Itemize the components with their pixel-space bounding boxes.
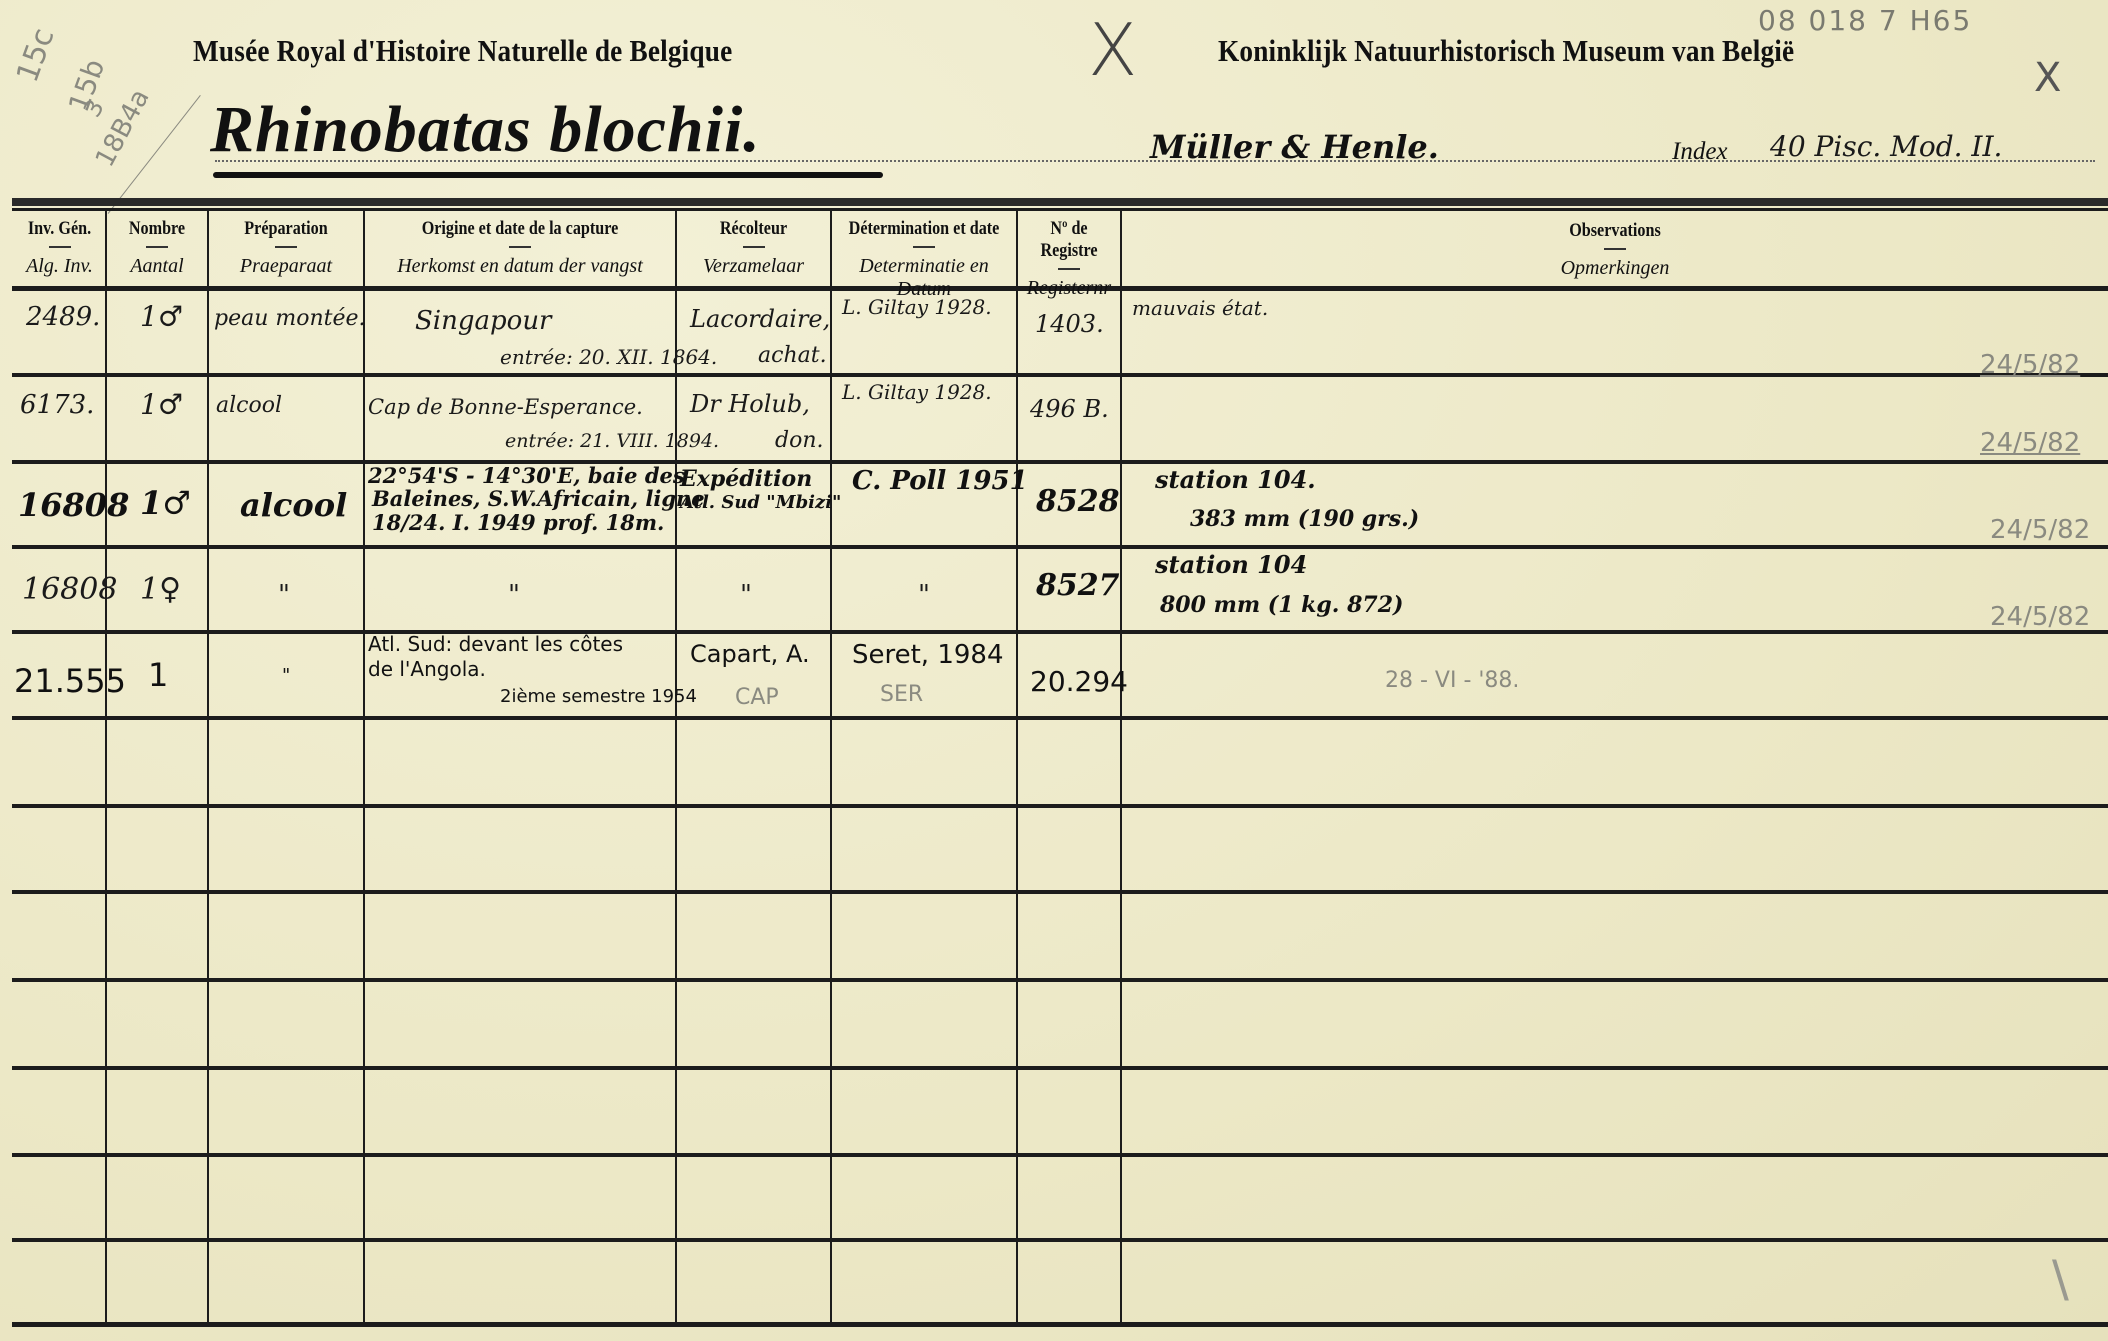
cell-determination: " — [918, 580, 930, 610]
row-line — [12, 1066, 2108, 1070]
cell-nombre: 1♂ — [140, 300, 183, 333]
column-header-origine: Origine et date de la captureHerkomst en… — [365, 218, 675, 278]
cell-recolteur: Lacordaire, — [690, 305, 830, 333]
cell-origine-line2: Baleines, S.W.Africain, ligne — [372, 486, 705, 511]
cell-origine: 22°54'S - 14°30'E, baie des — [368, 463, 685, 488]
cell-recolteur: Capart, A. — [690, 640, 810, 668]
column-header-observations: ObservationsOpmerkingen — [1122, 220, 2108, 280]
cell-recolteur: Dr Holub, — [690, 390, 810, 418]
cell-recolteur-line2: Atl. Sud "Mbizi" — [680, 492, 841, 513]
column-header-registre: Nº de RegistreRegisternr — [1018, 218, 1120, 300]
cell-registre: 8527 — [1036, 568, 1120, 603]
cell-registre: 1403. — [1035, 310, 1104, 338]
cell-observations: station 104. — [1155, 465, 1316, 494]
index-value: 40 Pisc. Mod. II. — [1770, 130, 2002, 163]
cell-nombre: 1♂ — [140, 484, 191, 522]
museum-name-fr: Musée Royal d'Histoire Naturelle de Belg… — [193, 33, 732, 69]
cell-origine-line3: 18/24. I. 1949 prof. 18m. — [372, 510, 664, 535]
cell-preparation: " — [282, 665, 290, 686]
cell-nombre: 1 — [148, 656, 168, 694]
corner-pencil-mark: \ — [2052, 1250, 2069, 1308]
row-line — [12, 545, 2108, 549]
cell-nombre: 1♂ — [140, 388, 183, 421]
row-line — [12, 716, 2108, 720]
column-header-inv: Inv. Gén.Alg. Inv. — [14, 218, 105, 278]
cell-registre: 20.294 — [1030, 665, 1128, 698]
cell-check-date: 24/5/82 — [1980, 428, 2080, 458]
cell-registre: 496 B. — [1030, 395, 1109, 423]
index-label: Index — [1672, 138, 1728, 166]
column-line — [1016, 208, 1018, 1324]
cell-observations: mauvais état. — [1132, 296, 1268, 320]
margin-note: 3 — [78, 95, 110, 122]
cell-origine-date: entrée: 21. VIII. 1894. — [505, 430, 719, 452]
column-line — [675, 208, 677, 1324]
row-line — [12, 890, 2108, 894]
cell-determination: L. Giltay 1928. — [842, 380, 992, 404]
cell-observations-line2: 383 mm (190 grs.) — [1190, 506, 1419, 532]
column-header-preparation: PréparationPraeparaat — [209, 218, 363, 278]
margin-note: 18B4a — [90, 84, 156, 172]
column-header-nombre: NombreAantal — [107, 218, 207, 278]
cross-mark: X — [1088, 8, 1137, 92]
cell-preparation: " — [278, 580, 290, 610]
cell-check-date: 24/5/82 — [1980, 350, 2080, 380]
cell-origine: Singapour — [415, 306, 552, 336]
cell-determination: Seret, 1984 — [852, 640, 1004, 670]
row-line — [12, 804, 2108, 808]
cell-origine-date: entrée: 20. XII. 1864. — [500, 345, 717, 369]
cell-preparation: alcool — [216, 393, 282, 418]
cell-origine: Cap de Bonne-Esperance. — [368, 395, 643, 419]
cell-recolteur: Expédition — [680, 466, 812, 492]
row-line — [12, 1238, 2108, 1242]
cell-recolteur-code: CAP — [735, 685, 779, 710]
species-underline — [213, 172, 883, 178]
cell-inv: 6173. — [20, 390, 94, 420]
cell-check-date: 24/5/82 — [1990, 602, 2090, 632]
column-line — [830, 208, 832, 1324]
cell-origine: Atl. Sud: devant les côtes — [368, 632, 623, 656]
cell-recolteur-note: don. — [775, 428, 824, 453]
cell-preparation: alcool — [240, 486, 347, 524]
column-line — [105, 208, 107, 1324]
column-header-determination: Détermination et dateDeterminatie en Dat… — [832, 218, 1016, 301]
column-line — [1120, 208, 1122, 1324]
table-bottom-border — [12, 1322, 2108, 1327]
row-line — [12, 460, 2108, 464]
cell-determination-code: SER — [880, 682, 923, 707]
cross-mark: X — [2034, 55, 2061, 101]
cell-preparation: peau montée. — [214, 306, 366, 331]
row-line — [12, 978, 2108, 982]
cell-origine-line2: de l'Angola. — [368, 657, 486, 681]
row-line — [12, 630, 2108, 634]
cell-determination: L. Giltay 1928. — [842, 295, 992, 319]
column-line — [207, 208, 209, 1324]
cell-observations: 28 - VI - '88. — [1385, 668, 1519, 693]
row-line — [12, 373, 2108, 377]
cell-observations: station 104 — [1155, 550, 1307, 579]
column-line — [363, 208, 365, 1324]
row-line — [12, 1153, 2108, 1157]
cell-inv: 21.555 — [14, 662, 126, 700]
cell-inv: 16808 — [22, 572, 117, 607]
cell-recolteur-note: achat. — [758, 343, 827, 368]
cell-observations-line2: 800 mm (1 kg. 872) — [1160, 592, 1403, 618]
cell-recolteur: " — [740, 580, 752, 610]
cell-registre: 8528 — [1036, 484, 1120, 519]
species-name: Rhinobatas blochii. — [210, 92, 761, 168]
museum-name-nl: Koninklijk Natuurhistorisch Museum van B… — [1218, 33, 1794, 69]
table-top-border-thin — [12, 208, 2108, 211]
table-top-border — [12, 198, 2108, 206]
cell-inv: 2489. — [26, 302, 100, 332]
cell-determination: C. Poll 1951 — [852, 466, 1028, 496]
catalog-number: 08 018 7 H65 — [1758, 4, 1972, 37]
cell-origine: " — [508, 580, 520, 610]
cell-nombre: 1♀ — [140, 572, 181, 607]
cell-inv: 16808 — [18, 486, 129, 524]
species-author: Müller & Henle. — [1150, 128, 1439, 166]
margin-note: 15c — [10, 24, 62, 87]
cell-check-date: 24/5/82 — [1990, 515, 2090, 545]
cell-origine-line3: 2ième semestre 1954 — [500, 686, 697, 707]
column-header-recolteur: RécolteurVerzamelaar — [677, 218, 830, 278]
